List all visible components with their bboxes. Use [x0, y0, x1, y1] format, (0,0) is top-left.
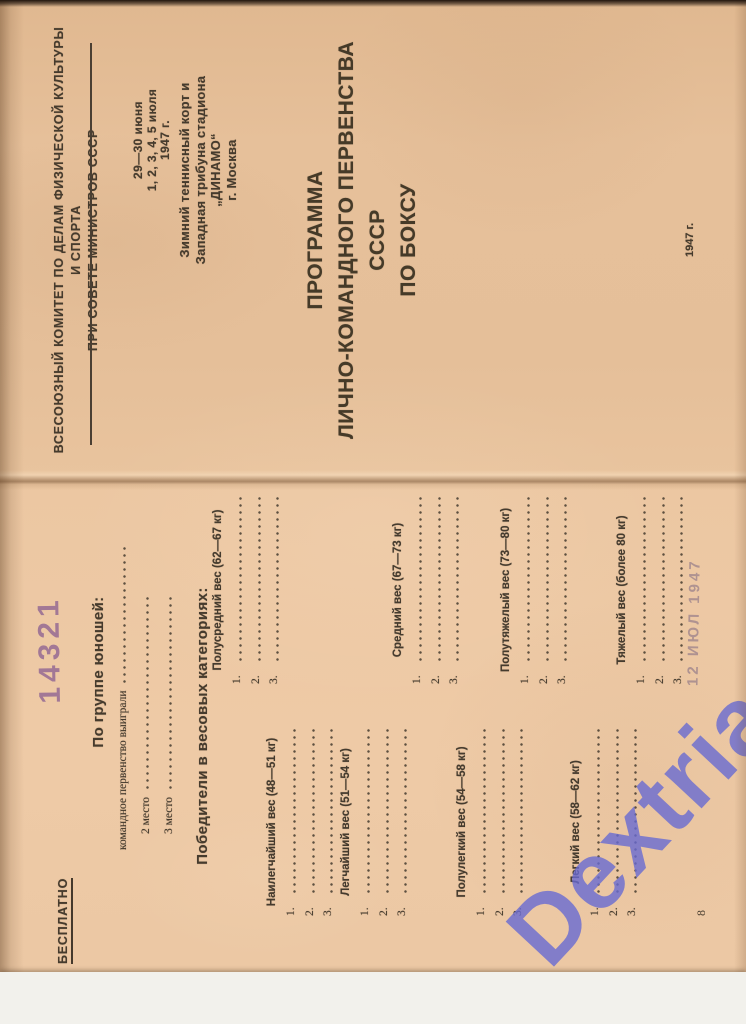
place-line-3-label: 3. — [554, 669, 573, 684]
place-line-2: 2. — [428, 496, 447, 684]
place-line-3-label: 3. — [394, 901, 413, 916]
place-line-3: 3. — [320, 728, 339, 916]
place-line-1: 1. — [633, 496, 652, 684]
inventory-number-stamp: 14321 — [31, 525, 68, 704]
header-rule — [90, 43, 92, 445]
fold-crease — [0, 470, 746, 490]
place-line-1-label: 1. — [633, 669, 652, 684]
place-line-3: 3. — [446, 496, 465, 684]
weight-category-block: Легчайший вес (51—54 кг)1.2.3. — [340, 728, 413, 916]
weight-category-name: Наилегчайший вес (48—51 кг) — [266, 728, 278, 916]
weight-category-block: Тяжелый вес (более 80 кг)1.2.3. — [616, 496, 689, 684]
title-line-3: ПО БОКСУ — [393, 25, 424, 455]
place-line-3: 3. — [554, 496, 573, 684]
dates-line-3: 1947 г. — [159, 73, 173, 207]
place-line-2: 2. — [376, 728, 395, 916]
scanner-white-strip — [0, 972, 746, 1024]
youth-line-0: командное первенство выиграли — [115, 544, 131, 850]
venue-line-2: Западная трибуна стадиона — [193, 43, 209, 297]
youth-line-2-label: 3 место — [161, 797, 177, 834]
place-line-2: 2. — [652, 496, 671, 684]
venue-block: Зимний теннисный корт и Западная трибуна… — [177, 43, 239, 297]
place-line-2-label: 2. — [536, 669, 555, 684]
dot-leader — [115, 544, 131, 687]
youth-result-lines: командное первенство выиграли2 место3 ме… — [115, 544, 184, 850]
place-line-1: 1. — [229, 496, 248, 684]
venue-line-3: „ДИНАМО“ — [208, 43, 224, 297]
weight-category-name: Полусредний вес (62—67 кг) — [212, 496, 224, 684]
venue-line-4: г. Москва — [224, 43, 240, 297]
program-title: ПРОГРАММА ЛИЧНО-КОМАНДНОГО ПЕРВЕНСТВА СС… — [300, 25, 424, 455]
place-line-2-label: 2. — [428, 669, 447, 684]
place-line-1: 1. — [357, 728, 376, 916]
weight-category-name: Средний вес (67—73 кг) — [392, 496, 404, 684]
scan-edge-right — [734, 0, 746, 972]
scan-edge-left — [0, 0, 24, 972]
date-stamp: 12 ИЮЛ 1947 — [685, 516, 705, 686]
weight-category-name: Легчайший вес (51—54 кг) — [340, 728, 352, 916]
dot-leader — [652, 496, 671, 665]
place-line-1-label: 1. — [229, 669, 248, 684]
weight-category-block: Наилегчайший вес (48—51 кг)1.2.3. — [266, 728, 339, 916]
weight-category-block: Средний вес (67—73 кг)1.2.3. — [392, 496, 465, 684]
dot-leader — [320, 728, 339, 897]
place-line-1: 1. — [409, 496, 428, 684]
event-dates: 29—30 июня 1, 2, 3, 4, 5 июля 1947 г. — [132, 73, 173, 207]
dot-leader — [517, 496, 536, 665]
place-line-3: 3. — [266, 496, 285, 684]
place-line-1-label: 1. — [517, 669, 536, 684]
place-line-2-label: 2. — [376, 901, 395, 916]
dot-leader — [473, 728, 492, 897]
cover-year: 1947 г. — [684, 25, 696, 455]
venue-line-1: Зимний теннисный корт и — [177, 43, 193, 297]
dot-leader — [283, 728, 302, 897]
weight-category-name: Полулегкий вес (54—58 кг) — [456, 728, 468, 916]
place-line-2-label: 2. — [248, 669, 267, 684]
place-line-2: 2. — [302, 728, 321, 916]
weight-category-name: Тяжелый вес (более 80 кг) — [616, 496, 628, 684]
dot-leader — [161, 596, 177, 793]
winners-heading: Победители в весовых категориях: — [194, 510, 211, 942]
committee-header: ВСЕСОЮЗНЫЙ КОМИТЕТ ПО ДЕЛАМ ФИЗИЧЕСКОЙ К… — [51, 23, 102, 457]
place-line-3-label: 3. — [446, 669, 465, 684]
place-line-2: 2. — [536, 496, 555, 684]
youth-line-2: 3 место — [161, 596, 177, 834]
free-of-charge-label: БЕСПЛАТНО — [56, 878, 73, 964]
place-line-3: 3. — [394, 728, 413, 916]
dot-leader — [248, 496, 267, 665]
dot-leader — [138, 596, 154, 793]
dot-leader — [357, 728, 376, 897]
dot-leader — [302, 728, 321, 897]
youth-line-1-label: 2 место — [138, 797, 154, 834]
place-line-3-label: 3. — [266, 669, 285, 684]
dates-line-1: 29—30 июня — [132, 73, 146, 207]
weight-category-block: Полутяжелый вес (73—80 кг)1.2.3. — [500, 496, 573, 684]
youth-line-0-label: командное первенство выиграли — [115, 691, 131, 850]
title-line-1: ПРОГРАММА — [300, 25, 331, 455]
dot-leader — [229, 496, 248, 665]
place-line-1-label: 1. — [357, 901, 376, 916]
title-line-2: ЛИЧНО-КОМАНДНОГО ПЕРВЕНСТВА СССР — [331, 25, 393, 455]
place-line-2-label: 2. — [302, 901, 321, 916]
committee-line-2: ПРИ СОВЕТЕ МИНИСТРОВ СССР — [85, 23, 102, 457]
place-line-1: 1. — [283, 728, 302, 916]
weight-category-block: Полусредний вес (62—67 кг)1.2.3. — [212, 496, 285, 684]
dot-leader — [633, 496, 652, 665]
scan-edge-top — [0, 0, 746, 7]
dot-leader — [266, 496, 285, 665]
place-line-2: 2. — [248, 496, 267, 684]
dot-leader — [554, 496, 573, 665]
scanned-document: ВСЕСОЮЗНЫЙ КОМИТЕТ ПО ДЕЛАМ ФИЗИЧЕСКОЙ К… — [0, 0, 746, 1024]
youth-line-1: 2 место — [138, 596, 154, 834]
dot-leader — [409, 496, 428, 665]
dot-leader — [536, 496, 555, 665]
dot-leader — [428, 496, 447, 665]
youth-group-heading: По группе юношей: — [90, 482, 107, 862]
place-line-1: 1. — [473, 728, 492, 916]
place-line-2-label: 2. — [652, 669, 671, 684]
place-line-1-label: 1. — [283, 901, 302, 916]
dot-leader — [394, 728, 413, 897]
cover-page: ВСЕСОЮЗНЫЙ КОМИТЕТ ПО ДЕЛАМ ФИЗИЧЕСКОЙ К… — [0, 5, 746, 475]
committee-line-1: ВСЕСОЮЗНЫЙ КОМИТЕТ ПО ДЕЛАМ ФИЗИЧЕСКОЙ К… — [51, 23, 85, 457]
dot-leader — [376, 728, 395, 897]
place-line-1: 1. — [517, 496, 536, 684]
dot-leader — [492, 728, 511, 897]
dot-leader — [446, 496, 465, 665]
page-number: 8 — [694, 910, 709, 916]
weight-category-name: Полутяжелый вес (73—80 кг) — [500, 496, 512, 684]
place-line-3-label: 3. — [320, 901, 339, 916]
dates-line-2: 1, 2, 3, 4, 5 июля — [146, 73, 160, 207]
place-line-1-label: 1. — [409, 669, 428, 684]
